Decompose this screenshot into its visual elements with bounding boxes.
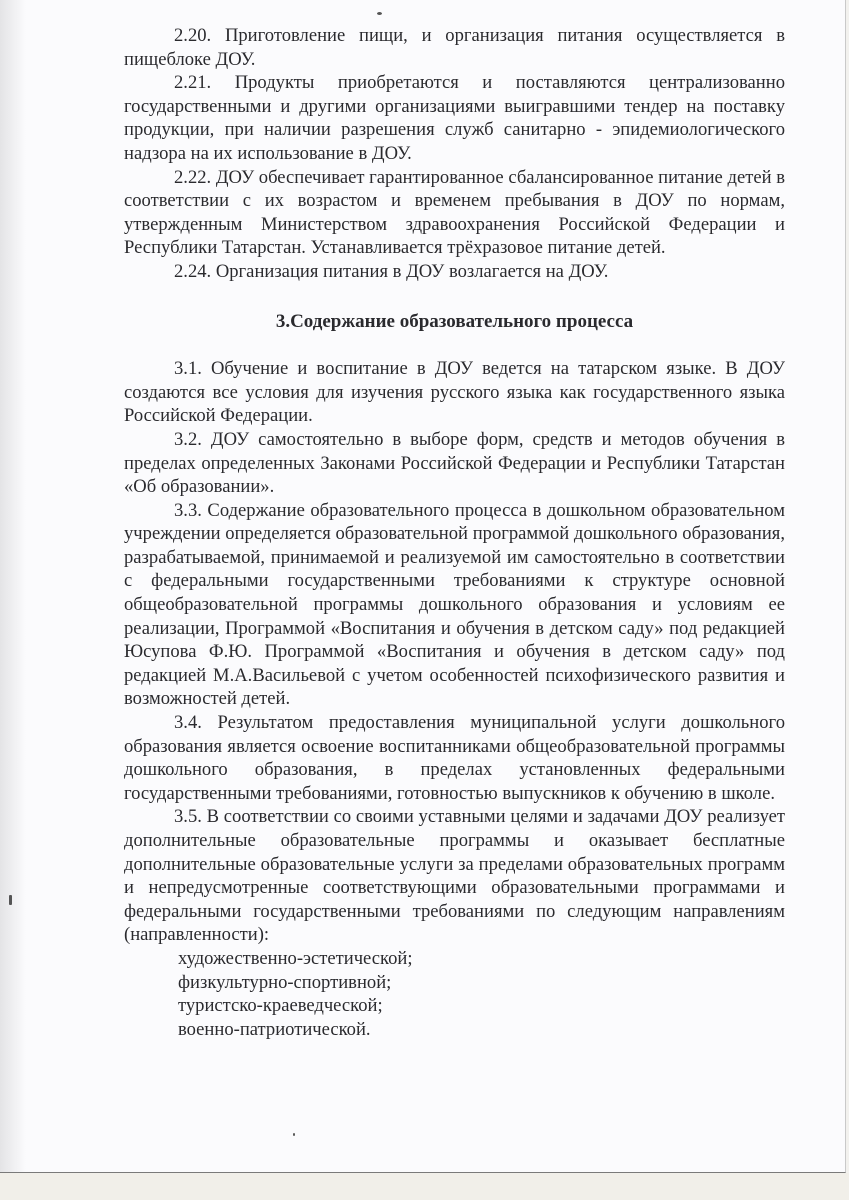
scanner-bed-edge (0, 1173, 849, 1200)
paragraph-2-22: 2.22. ДОУ обеспечивает гарантированное с… (124, 166, 785, 260)
paragraph-2-24: 2.24. Организация питания в ДОУ возлагае… (124, 260, 785, 284)
scan-speck (293, 1133, 295, 1136)
scan-speck (377, 12, 382, 15)
paragraph-3-1: 3.1. Обучение и воспитание в ДОУ ведется… (124, 357, 785, 428)
section-heading: 3.Содержание образовательного процесса (124, 310, 785, 334)
list-item: военно-патриотической. (178, 1018, 785, 1042)
paragraph-3-5: 3.5. В соответствии со своими уставными … (124, 805, 785, 947)
list-item: художественно-эстетической; (178, 947, 785, 971)
scanned-page: 2.20. Приготовление пищи, и организация … (0, 0, 846, 1173)
list-item: туристско-краеведческой; (178, 994, 785, 1018)
paragraph-2-20: 2.20. Приготовление пищи, и организация … (124, 24, 785, 71)
list-item: физкультурно-спортивной; (178, 971, 785, 995)
directions-list: художественно-эстетической; физкультурно… (124, 947, 785, 1041)
document-body: 2.20. Приготовление пищи, и организация … (124, 24, 785, 1041)
scan-speck (9, 895, 12, 905)
paragraph-2-21: 2.21. Продукты приобретаются и поставляю… (124, 71, 785, 165)
paragraph-3-2: 3.2. ДОУ самостоятельно в выборе форм, с… (124, 428, 785, 499)
scan-edge-shadow (0, 0, 26, 1172)
paragraph-3-3: 3.3. Содержание образовательного процесс… (124, 499, 785, 711)
paragraph-3-4: 3.4. Результатом предоставления муниципа… (124, 711, 785, 805)
